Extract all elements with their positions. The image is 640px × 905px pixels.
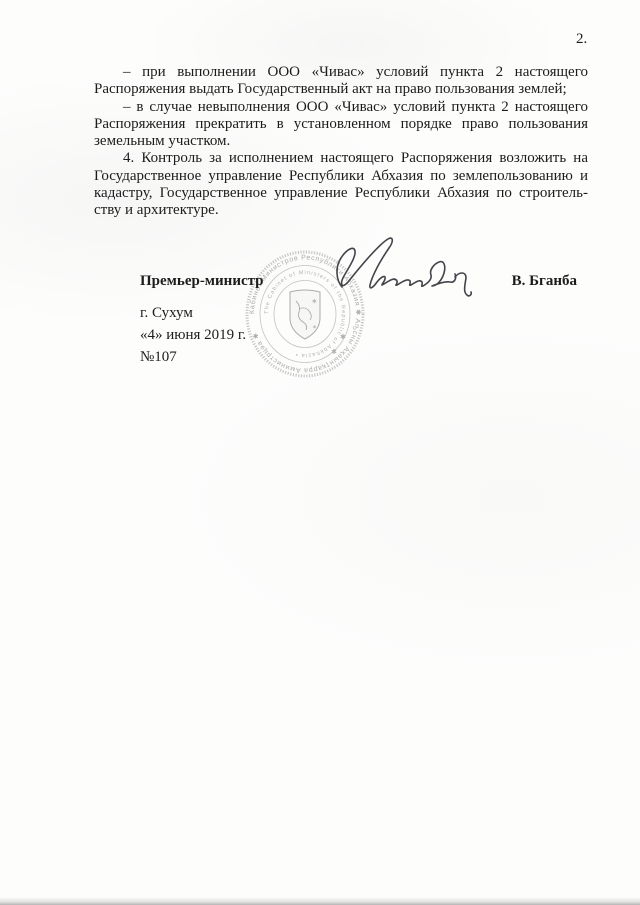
document-page: 2. – при выполнении ООО «Чивас» условий …	[0, 0, 640, 905]
body-line: – в случае невыполнения ООО «Чивас» усло…	[94, 99, 588, 116]
body-line: Государственное управление Республики Аб…	[94, 168, 588, 185]
svg-text:✶: ✶	[312, 324, 317, 331]
body-line: кадастру, Государственное управление Рес…	[94, 185, 588, 202]
body-text: – при выполнении ООО «Чивас» условий пун…	[94, 64, 588, 220]
doc-number-line: №107	[140, 348, 177, 366]
body-line: ству и архитектуре.	[94, 202, 588, 219]
svg-text:✱: ✱	[340, 333, 346, 341]
city-line: г. Сухум	[140, 304, 193, 322]
body-line: Распоряжения выдать Государственный акт …	[94, 81, 588, 98]
page-number: 2.	[576, 30, 587, 48]
body-line: – при выполнении ООО «Чивас» условий пун…	[94, 64, 588, 81]
signatory-role: Премьер-министр	[140, 272, 264, 290]
scan-bottom-edge	[0, 897, 640, 905]
signature-row: Премьер-министр В. Бганба	[140, 272, 577, 290]
svg-text:✱: ✱	[331, 348, 337, 356]
signatory-name: В. Бганба	[512, 272, 577, 290]
body-line: земельным участком.	[94, 133, 588, 150]
svg-text:✶: ✶	[311, 297, 318, 306]
body-line: Распоряжения прекратить в установленном …	[94, 116, 588, 133]
body-line: 4. Контроль за исполнением настоящего Ра…	[94, 150, 588, 167]
date-line: «4» июня 2019 г.	[140, 326, 246, 344]
